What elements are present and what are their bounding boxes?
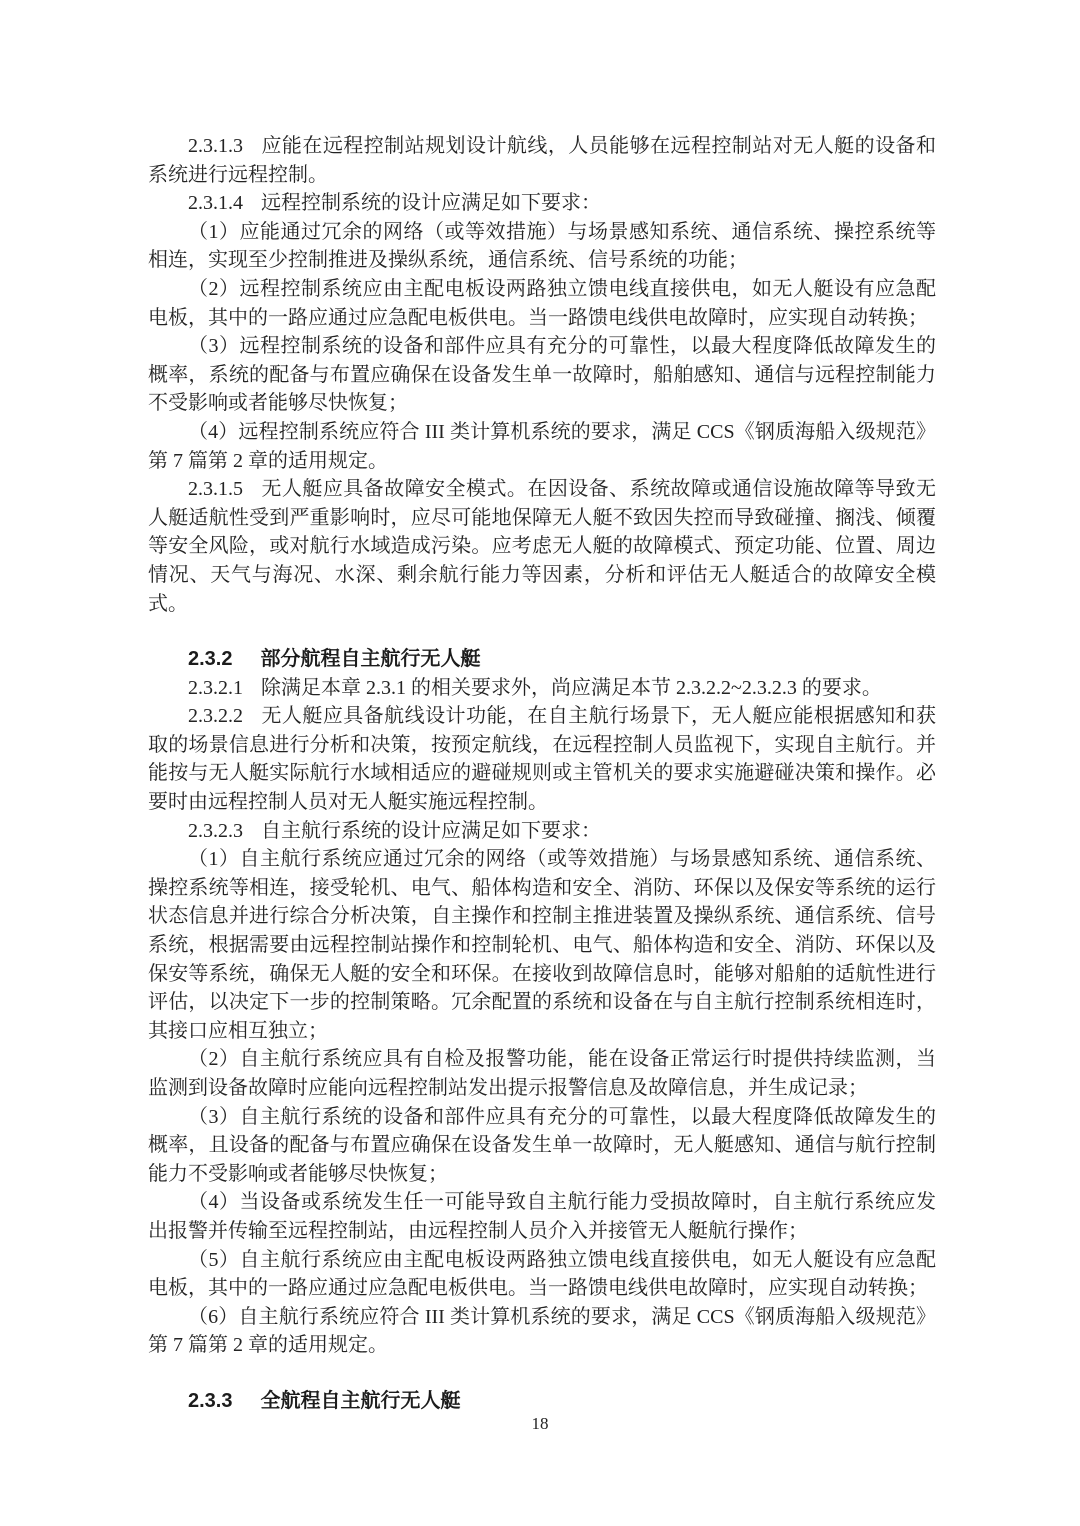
- clause-2-3-1-4-item-1: （1）应能通过冗余的网络（或等效措施）与场景感知系统、通信系统、操控系统等相连，…: [148, 218, 936, 275]
- clause-text: （5）自主航行系统应由主配电板设两路独立馈电线直接供电，如无人艇设有应急配电板，…: [148, 1249, 936, 1300]
- clause-text: （3）远程控制系统的设备和部件应具有充分的可靠性，以最大程度降低故障发生的概率，…: [148, 335, 936, 414]
- document-page: 2.3.1.3应能在远程控制站规划设计航线，人员能够在远程控制站对无人艇的设备和…: [0, 0, 1080, 1526]
- clause-2-3-1-4-item-3: （3）远程控制系统的设备和部件应具有充分的可靠性，以最大程度降低故障发生的概率，…: [148, 332, 936, 418]
- clause-2-3-2-2: 2.3.2.2无人艇应具备航线设计功能，在自主航行场景下，无人艇应能根据感知和获…: [148, 702, 936, 816]
- clause-text: （2）自主航行系统应具有自检及报警功能，能在设备正常运行时提供持续监测，当监测到…: [148, 1048, 936, 1099]
- clause-text: （4）远程控制系统应符合 III 类计算机系统的要求，满足 CCS《钢质海船入级…: [148, 421, 936, 472]
- clause-text: （1）应能通过冗余的网络（或等效措施）与场景感知系统、通信系统、操控系统等相连，…: [148, 221, 936, 272]
- clause-2-3-1-3: 2.3.1.3应能在远程控制站规划设计航线，人员能够在远程控制站对无人艇的设备和…: [148, 132, 936, 189]
- clause-text: （3）自主航行系统的设备和部件应具有充分的可靠性，以最大程度降低故障发生的概率，…: [148, 1106, 936, 1185]
- clause-number: 2.3.2.2: [188, 705, 243, 727]
- clause-number: 2.3.1.4: [188, 192, 243, 214]
- clause-2-3-1-4-item-2: （2）远程控制系统应由主配电板设两路独立馈电线直接供电，如无人艇设有应急配电板，…: [148, 275, 936, 332]
- clause-text: （1）自主航行系统应通过冗余的网络（或等效措施）与场景感知系统、通信系统、操控系…: [148, 848, 936, 1042]
- clause-text: 无人艇应具备航线设计功能，在自主航行场景下，无人艇应能根据感知和获取的场景信息进…: [148, 705, 936, 813]
- clause-2-3-2-3-item-6: （6）自主航行系统应符合 III 类计算机系统的要求，满足 CCS《钢质海船入级…: [148, 1303, 936, 1360]
- page-number: 18: [0, 1410, 1080, 1438]
- document-body: 2.3.1.3应能在远程控制站规划设计航线，人员能够在远程控制站对无人艇的设备和…: [148, 132, 936, 1416]
- clause-2-3-2-3-item-1: （1）自主航行系统应通过冗余的网络（或等效措施）与场景感知系统、通信系统、操控系…: [148, 845, 936, 1045]
- clause-2-3-2-1: 2.3.2.1除满足本章 2.3.1 的相关要求外，尚应满足本节 2.3.2.2…: [148, 674, 936, 703]
- clause-2-3-2-3-item-3: （3）自主航行系统的设备和部件应具有充分的可靠性，以最大程度降低故障发生的概率，…: [148, 1103, 936, 1189]
- section-title: 全航程自主航行无人艇: [260, 1390, 460, 1412]
- clause-2-3-2-3: 2.3.2.3自主航行系统的设计应满足如下要求：: [148, 817, 936, 846]
- clause-text: 远程控制系统的设计应满足如下要求：: [261, 192, 601, 214]
- clause-number: 2.3.2.1: [188, 677, 243, 699]
- clause-2-3-2-3-item-5: （5）自主航行系统应由主配电板设两路独立馈电线直接供电，如无人艇设有应急配电板，…: [148, 1246, 936, 1303]
- section-heading-2-3-2: 2.3.2部分航程自主航行无人艇: [148, 645, 936, 674]
- clause-text: （2）远程控制系统应由主配电板设两路独立馈电线直接供电，如无人艇设有应急配电板，…: [148, 278, 936, 329]
- clause-text: （4）当设备或系统发生任一可能导致自主航行能力受损故障时，自主航行系统应发出报警…: [148, 1191, 936, 1242]
- section-title: 部分航程自主航行无人艇: [260, 648, 480, 670]
- clause-text: （6）自主航行系统应符合 III 类计算机系统的要求，满足 CCS《钢质海船入级…: [148, 1306, 936, 1357]
- section-number: 2.3.2: [188, 648, 232, 670]
- clause-2-3-1-5: 2.3.1.5无人艇应具备故障安全模式。在因设备、系统故障或通信设施故障等导致无…: [148, 475, 936, 618]
- clause-2-3-1-4: 2.3.1.4远程控制系统的设计应满足如下要求：: [148, 189, 936, 218]
- clause-text: 除满足本章 2.3.1 的相关要求外，尚应满足本节 2.3.2.2~2.3.2.…: [261, 677, 882, 699]
- clause-text: 应能在远程控制站规划设计航线，人员能够在远程控制站对无人艇的设备和系统进行远程控…: [148, 135, 936, 186]
- clause-number: 2.3.1.5: [188, 478, 243, 500]
- clause-number: 2.3.2.3: [188, 820, 243, 842]
- section-number: 2.3.3: [188, 1390, 232, 1412]
- clause-2-3-2-3-item-4: （4）当设备或系统发生任一可能导致自主航行能力受损故障时，自主航行系统应发出报警…: [148, 1188, 936, 1245]
- clause-text: 自主航行系统的设计应满足如下要求：: [261, 820, 601, 842]
- clause-text: 无人艇应具备故障安全模式。在因设备、系统故障或通信设施故障等导致无人艇适航性受到…: [148, 478, 936, 614]
- clause-2-3-2-3-item-2: （2）自主航行系统应具有自检及报警功能，能在设备正常运行时提供持续监测，当监测到…: [148, 1045, 936, 1102]
- clause-2-3-1-4-item-4: （4）远程控制系统应符合 III 类计算机系统的要求，满足 CCS《钢质海船入级…: [148, 418, 936, 475]
- clause-number: 2.3.1.3: [188, 135, 243, 157]
